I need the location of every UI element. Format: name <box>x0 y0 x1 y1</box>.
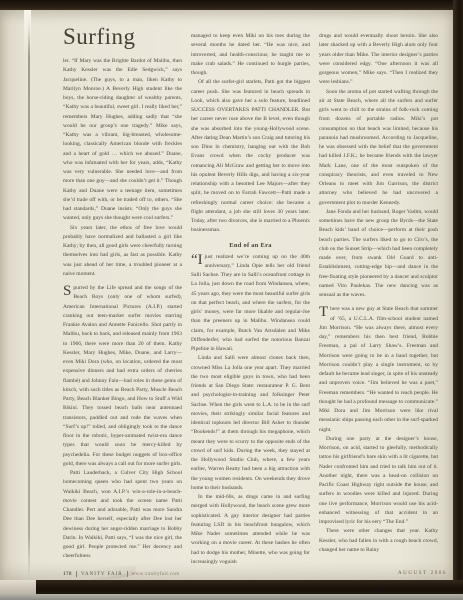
text-column-3: drugs and would eventually shoot heroin.… <box>319 32 438 569</box>
paragraph: Jane Fonda and her husband, Roger Vadim,… <box>319 208 438 301</box>
paragraph: “I just realized we’re coming up on the … <box>191 253 310 355</box>
text-column-1: ler. “If Mary was the Brigitte Bardot of… <box>63 57 182 569</box>
paragraph: Spurred by the Life spread and the songs… <box>63 284 182 469</box>
drop-cap: “I <box>191 253 205 268</box>
footer-divider <box>76 571 77 577</box>
scan-edge-top <box>0 0 463 10</box>
footer-divider <box>127 571 128 577</box>
paragraph: Patti Lauderback, a Culver City High Sch… <box>63 469 182 562</box>
drop-cap: T <box>319 305 330 320</box>
magazine-page-scan: Surfing ler. “If Mary was the Brigitte B… <box>0 0 463 600</box>
footer-left: 178 VANITY FAIR www.vanityfair.com <box>63 571 180 577</box>
section-heading: End of an Era <box>191 241 310 250</box>
paragraph: There was a new guy at State Beach that … <box>319 305 438 435</box>
scan-edge-bottom <box>36 580 463 595</box>
binding-crease <box>28 12 30 578</box>
issue-date: AUGUST 2006 <box>309 571 447 576</box>
magazine-name: VANITY FAIR <box>81 572 123 577</box>
paragraph: During one party at the designer’s house… <box>319 435 438 528</box>
paragraph: Linda and Salli were almost clones back … <box>191 354 310 493</box>
paragraph: Soon the aroma of pot started wafting th… <box>319 88 438 208</box>
paragraph: ler. “If Mary was the Brigitte Bardot of… <box>63 57 182 224</box>
page-number: 178 <box>63 572 72 577</box>
scanner-bed-strip <box>0 594 463 600</box>
paragraph: Of all the surfer-girl starlets, Patti g… <box>191 78 310 235</box>
paragraph: Six years later, the ethos of free love … <box>63 224 182 280</box>
magazine-website: www.vanityfair.com <box>132 572 180 577</box>
paragraph: managed to keep even Miki on his toes du… <box>191 32 310 78</box>
drop-cap: S <box>63 284 73 299</box>
text-column-2: managed to keep even Miki on his toes du… <box>191 32 310 569</box>
scan-edge-right <box>453 0 463 595</box>
page-edge-highlight <box>24 10 31 58</box>
paragraph: In the mid-60s, as drugs came in and sur… <box>191 493 310 567</box>
paper-page-corner <box>0 580 36 594</box>
paragraph: drugs and would eventually shoot heroin.… <box>319 32 438 88</box>
paragraph: There were other changes that year. Kath… <box>319 527 438 555</box>
